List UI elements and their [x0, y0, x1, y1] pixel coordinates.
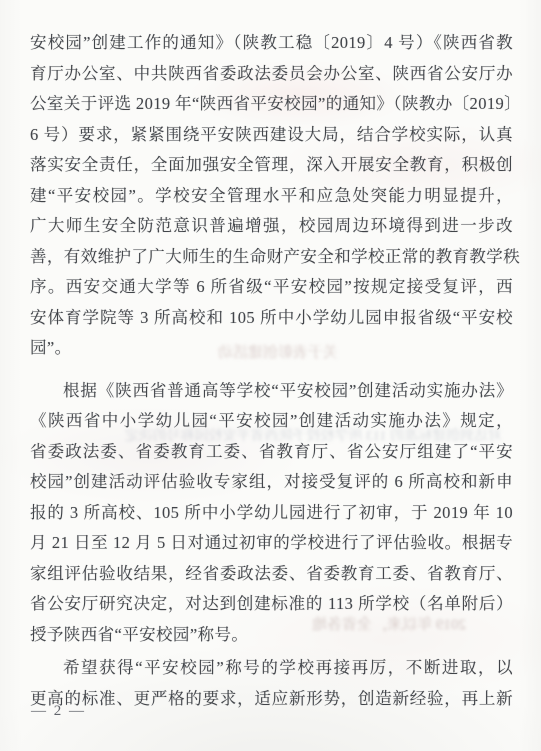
text-line: 6 号）要求，紧紧围绕平安陕西建设大局，结合学校实际，认真 [30, 120, 513, 151]
text-line: 落实安全责任，全面加强安全管理，深入开展安全教育，积极创 [30, 150, 513, 181]
scanned-document-page: 关于表彰创建活动 对达到创建标准的 113 所学校授予陕西省平安校园称号的决定 … [0, 0, 541, 751]
paragraph: 根据《陕西省普通高等学校“平安校园”创建活动实施办法》《陕西省中小学幼儿园“平安… [30, 376, 513, 651]
text-line: 《陕西省中小学幼儿园“平安校园”创建活动实施办法》规定， [30, 406, 513, 437]
document-body: 安校园”创建工作的通知》（陕教工稳〔2019〕4 号）《陕西省教育厅办公室、中共… [30, 28, 513, 714]
text-line: 省委政法委、省委教育工委、省教育厅、省公安厅组建了“平安 [30, 437, 513, 468]
text-line: 月 21 日至 12 月 5 日对通过初审的学校进行了评估验收。根据专 [30, 528, 513, 559]
text-line: 校园”创建活动评估验收专家组，对接受复评的 6 所高校和新申 [30, 467, 513, 498]
text-line: 安校园”创建工作的通知》（陕教工稳〔2019〕4 号）《陕西省教 [30, 28, 513, 59]
text-line: 广大师生安全防范意识普遍增强，校园周边环境得到进一步改 [30, 211, 513, 242]
text-line: 授予陕西省“平安校园”称号。 [30, 620, 513, 651]
text-line: 安体育学院等 3 所高校和 105 所中小学幼儿园申报省级“平安校 [30, 303, 513, 334]
paragraph: 安校园”创建工作的通知》（陕教工稳〔2019〕4 号）《陕西省教育厅办公室、中共… [30, 28, 513, 364]
text-line: 报的 3 所高校、105 所中小学幼儿园进行了初审，于 2019 年 10 [30, 498, 513, 529]
text-line: 序。西安交通大学等 6 所省级“平安校园”按规定接受复评，西 [30, 272, 513, 303]
text-line: 园”。 [30, 333, 513, 364]
text-line: 希望获得“平安校园”称号的学校再接再厉，不断进取，以 [30, 653, 513, 684]
text-line: 建“平安校园”。学校安全管理水平和应急处突能力明显提升， [30, 181, 513, 212]
text-line: 根据《陕西省普通高等学校“平安校园”创建活动实施办法》 [30, 376, 513, 407]
text-line: 更高的标准、更严格的要求，适应新形势，创造新经验，再上新 [30, 684, 513, 715]
paragraph: 希望获得“平安校园”称号的学校再接再厉，不断进取，以更高的标准、更严格的要求，适… [30, 653, 513, 714]
text-line: 家组评估验收结果，经省委政法委、省委教育工委、省教育厅、 [30, 559, 513, 590]
text-line: 省公安厅研究决定，对达到创建标准的 113 所学校（名单附后） [30, 589, 513, 620]
page-number: — 2 — [31, 703, 86, 720]
text-line: 公室关于评选 2019 年“陕西省平安校园”的通知》（陕教办〔2019〕 [30, 89, 513, 120]
text-line: 育厅办公室、中共陕西省委政法委员会办公室、陕西省公安厅办 [30, 59, 513, 90]
text-line: 善，有效维护了广大师生的生命财产安全和学校正常的教育教学秩 [30, 242, 513, 273]
